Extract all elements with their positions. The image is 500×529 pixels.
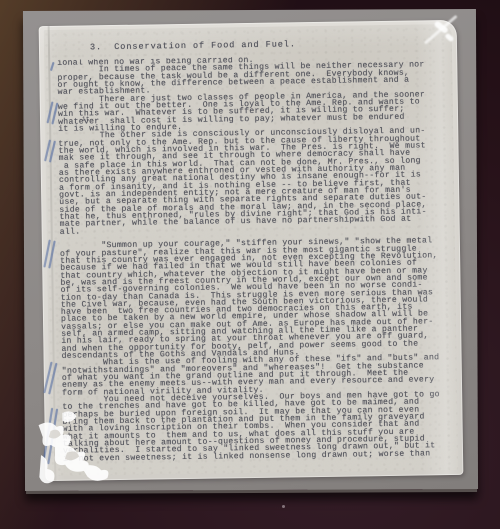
plastic-sleeve: 3. Conservation of Food and Fuel. ional … [39,20,464,481]
handwritten-insertion: it [82,115,90,122]
page-heading: 3. Conservation of Food and Fuel. [90,39,296,52]
gray-mat-board: 3. Conservation of Food and Fuel. ional … [23,9,478,491]
typewritten-page: 3. Conservation of Food and Fuel. ional … [44,24,459,476]
photo-background: 3. Conservation of Food and Fuel. ional … [0,0,500,529]
dust-speck [282,505,285,508]
typewritten-text: ional when no war is being carried on. I… [57,54,454,472]
